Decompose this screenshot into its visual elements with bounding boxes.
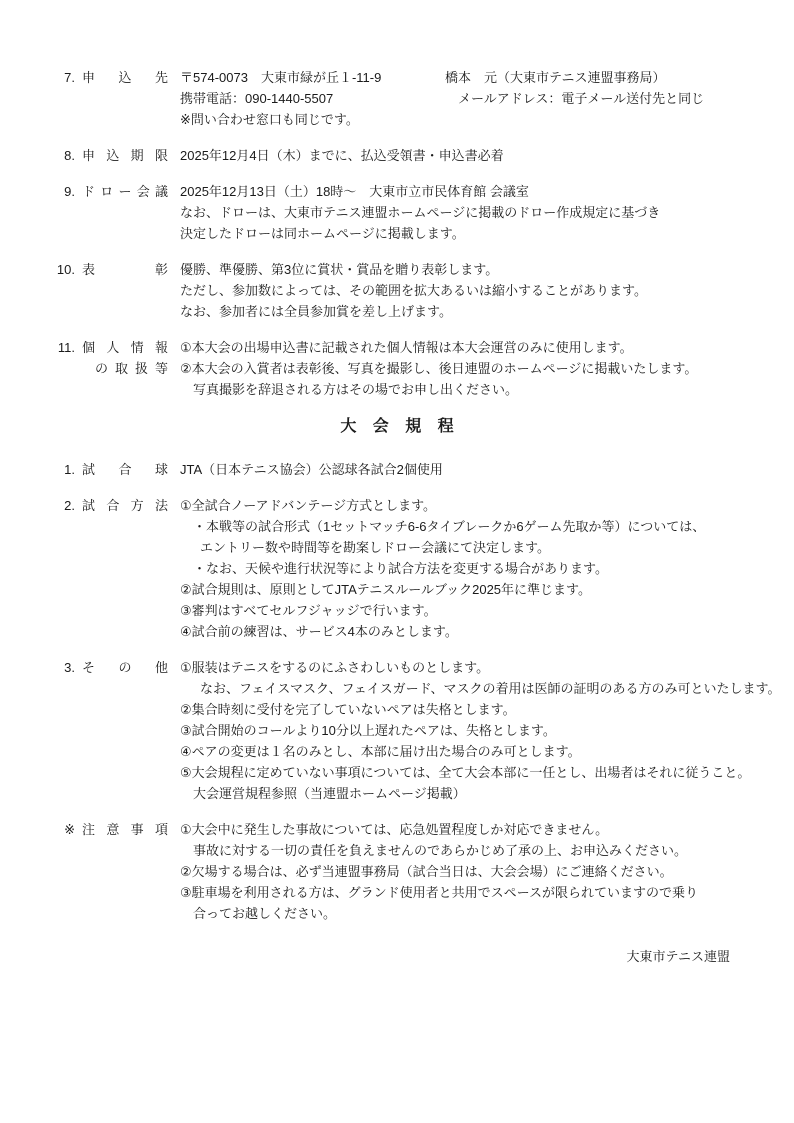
text-line: 写真撮影を辞退される方はその場でお申し出ください。 <box>180 379 760 400</box>
section-label-line: の取扱等 <box>82 358 168 379</box>
document-section: 9.ドロー会議2025年12月13日（土）18時～ 大東市立市民体育館 会議室な… <box>40 181 760 244</box>
document-section: 7.申込先〒574-0073 大東市緑が丘１-11-9橋本 元（大東市テニス連盟… <box>40 67 760 130</box>
section-label: 試合方法 <box>82 495 168 642</box>
section-content: 2025年12月4日（木）までに、払込受領書・申込書必着 <box>180 145 760 166</box>
text-line-left: 携帯電話：090-1440-5507 <box>180 88 445 109</box>
text-line: なお、フェイスマスク、フェイスガード、マスクの着用は医師の証明のある方のみ可とい… <box>180 678 760 699</box>
text-line: ①大会中に発生した事故については、応急処置程度しか対応できません。 <box>180 819 760 840</box>
organization-signature: 大東市テニス連盟 <box>40 946 760 967</box>
section-label: 申込先 <box>82 67 168 130</box>
document-section: 10.表彰優勝、準優勝、第3位に賞状・賞品を贈り表彰します。ただし、参加数によっ… <box>40 259 760 322</box>
section-label-line: 個人情報 <box>82 337 168 358</box>
text-line: ③駐車場を利用される方は、グランド使用者と共用でスペースが限られていますので乗り <box>180 882 760 903</box>
regulations-heading: 大 会 規 程 <box>40 415 760 439</box>
section-label-line: 申込期限 <box>82 145 168 166</box>
text-line: ・なお、天候や進行状況等により試合方法を変更する場合があります。 <box>180 558 760 579</box>
section-label-line: 注意事項 <box>82 819 168 840</box>
section-label: 試合球 <box>82 459 168 480</box>
text-line: ③試合開始のコールより10分以上遅れたペアは、失格とします。 <box>180 720 760 741</box>
text-line: ③審判はすべてセルフジャッジで行います。 <box>180 600 760 621</box>
section-number: 10. <box>40 259 75 322</box>
text-line: ②本大会の入賞者は表彰後、写真を撮影し、後日連盟のホームページに掲載いたします。 <box>180 358 760 379</box>
document-page: 7.申込先〒574-0073 大東市緑が丘１-11-9橋本 元（大東市テニス連盟… <box>0 0 794 1123</box>
section-label-line: 試合球 <box>82 459 168 480</box>
text-line: ①服装はテニスをするのにふさわしいものとします。 <box>180 657 760 678</box>
section-label-line: ドロー会議 <box>82 181 168 202</box>
application-info-sections: 7.申込先〒574-0073 大東市緑が丘１-11-9橋本 元（大東市テニス連盟… <box>40 67 760 400</box>
section-content: ①全試合ノーアドバンテージ方式とします。・本戦等の試合形式（1セットマッチ6-6… <box>180 495 760 642</box>
section-content: 〒574-0073 大東市緑が丘１-11-9橋本 元（大東市テニス連盟事務局）携… <box>180 67 760 130</box>
section-number: 7. <box>40 67 75 130</box>
text-line: 携帯電話：090-1440-5507 メールアドレス：電子メール送付先と同じ <box>180 88 760 109</box>
text-line: ただし、参加数によっては、その範囲を拡大あるいは縮小することがあります。 <box>180 280 760 301</box>
section-content: 2025年12月13日（土）18時～ 大東市立市民体育館 会議室なお、ドローは、… <box>180 181 760 244</box>
section-label: 表彰 <box>82 259 168 322</box>
section-content: ①本大会の出場申込書に記載された個人情報は本大会運営のみに使用します。②本大会の… <box>180 337 760 400</box>
text-line: ②欠場する場合は、必ず当連盟事務局（試合当日は、大会会場）にご連絡ください。 <box>180 861 760 882</box>
section-content: ①大会中に発生した事故については、応急処置程度しか対応できません。事故に対する一… <box>180 819 760 924</box>
document-section: 8.申込期限2025年12月4日（木）までに、払込受領書・申込書必着 <box>40 145 760 166</box>
section-number: ※ <box>40 819 75 924</box>
text-line: ※問い合わせ窓口も同じです。 <box>180 109 760 130</box>
document-section: 1.試合球JTA（日本テニス協会）公認球各試合2個使用 <box>40 459 760 480</box>
text-line: 決定したドローは同ホームページに掲載します。 <box>180 223 760 244</box>
text-line: ・本戦等の試合形式（1セットマッチ6-6タイブレークか6ゲーム先取か等）について… <box>180 516 760 537</box>
section-label-line: その他 <box>82 657 168 678</box>
text-line: ②試合規則は、原則としてJTAテニスルールブック2025年に準じます。 <box>180 579 760 600</box>
text-line: 事故に対する一切の責任を負えませんのであらかじめ了承の上、お申込みください。 <box>180 840 760 861</box>
text-line: 合ってお越しください。 <box>180 903 760 924</box>
text-line: 〒574-0073 大東市緑が丘１-11-9橋本 元（大東市テニス連盟事務局） <box>180 67 760 88</box>
regulations-sections: 1.試合球JTA（日本テニス協会）公認球各試合2個使用2.試合方法①全試合ノーア… <box>40 459 760 924</box>
text-line: 優勝、準優勝、第3位に賞状・賞品を贈り表彰します。 <box>180 259 760 280</box>
section-label-line: 表彰 <box>82 259 168 280</box>
text-line-right: 橋本 元（大東市テニス連盟事務局） <box>445 70 665 85</box>
section-label: ドロー会議 <box>82 181 168 244</box>
document-section: 11.個人情報の取扱等①本大会の出場申込書に記載された個人情報は本大会運営のみに… <box>40 337 760 400</box>
section-label: 申込期限 <box>82 145 168 166</box>
text-line: なお、参加者には全員参加賞を差し上げます。 <box>180 301 760 322</box>
section-number: 11. <box>40 337 75 400</box>
section-content: 優勝、準優勝、第3位に賞状・賞品を贈り表彰します。ただし、参加数によっては、その… <box>180 259 760 322</box>
document-section: 3.その他①服装はテニスをするのにふさわしいものとします。なお、フェイスマスク、… <box>40 657 760 804</box>
section-number: 2. <box>40 495 75 642</box>
section-label: 注意事項 <box>82 819 168 924</box>
text-line: JTA（日本テニス協会）公認球各試合2個使用 <box>180 459 760 480</box>
section-label: 個人情報の取扱等 <box>82 337 168 400</box>
section-content: ①服装はテニスをするのにふさわしいものとします。なお、フェイスマスク、フェイスガ… <box>180 657 760 804</box>
text-line: なお、ドローは、大東市テニス連盟ホームページに掲載のドロー作成規定に基づき <box>180 202 760 223</box>
text-line: ②集合時刻に受付を完了していないペアは失格とします。 <box>180 699 760 720</box>
text-line: 2025年12月13日（土）18時～ 大東市立市民体育館 会議室 <box>180 181 760 202</box>
text-line: ④試合前の練習は、サービス4本のみとします。 <box>180 621 760 642</box>
section-label: その他 <box>82 657 168 804</box>
text-line: エントリー数や時間等を勘案しドロー会議にて決定します。 <box>180 537 760 558</box>
section-label-line: 試合方法 <box>82 495 168 516</box>
section-number: 8. <box>40 145 75 166</box>
section-label-line: 申込先 <box>82 67 168 88</box>
document-section: ※注意事項①大会中に発生した事故については、応急処置程度しか対応できません。事故… <box>40 819 760 924</box>
text-line: ①全試合ノーアドバンテージ方式とします。 <box>180 495 760 516</box>
section-number: 9. <box>40 181 75 244</box>
section-number: 1. <box>40 459 75 480</box>
document-section: 2.試合方法①全試合ノーアドバンテージ方式とします。・本戦等の試合形式（1セット… <box>40 495 760 642</box>
text-line: ①本大会の出場申込書に記載された個人情報は本大会運営のみに使用します。 <box>180 337 760 358</box>
text-line: 2025年12月4日（木）までに、払込受領書・申込書必着 <box>180 145 760 166</box>
section-content: JTA（日本テニス協会）公認球各試合2個使用 <box>180 459 760 480</box>
text-line-right: メールアドレス：電子メール送付先と同じ <box>445 91 704 106</box>
text-line-left: 〒574-0073 大東市緑が丘１-11-9 <box>180 67 445 88</box>
text-line: ④ペアの変更は１名のみとし、本部に届け出た場合のみ可とします。 <box>180 741 760 762</box>
section-number: 3. <box>40 657 75 804</box>
text-line: 大会運営規程参照（当連盟ホームページ掲載） <box>180 783 760 804</box>
text-line: ⑤大会規程に定めていない事項については、全て大会本部に一任とし、出場者はそれに従… <box>180 762 760 783</box>
